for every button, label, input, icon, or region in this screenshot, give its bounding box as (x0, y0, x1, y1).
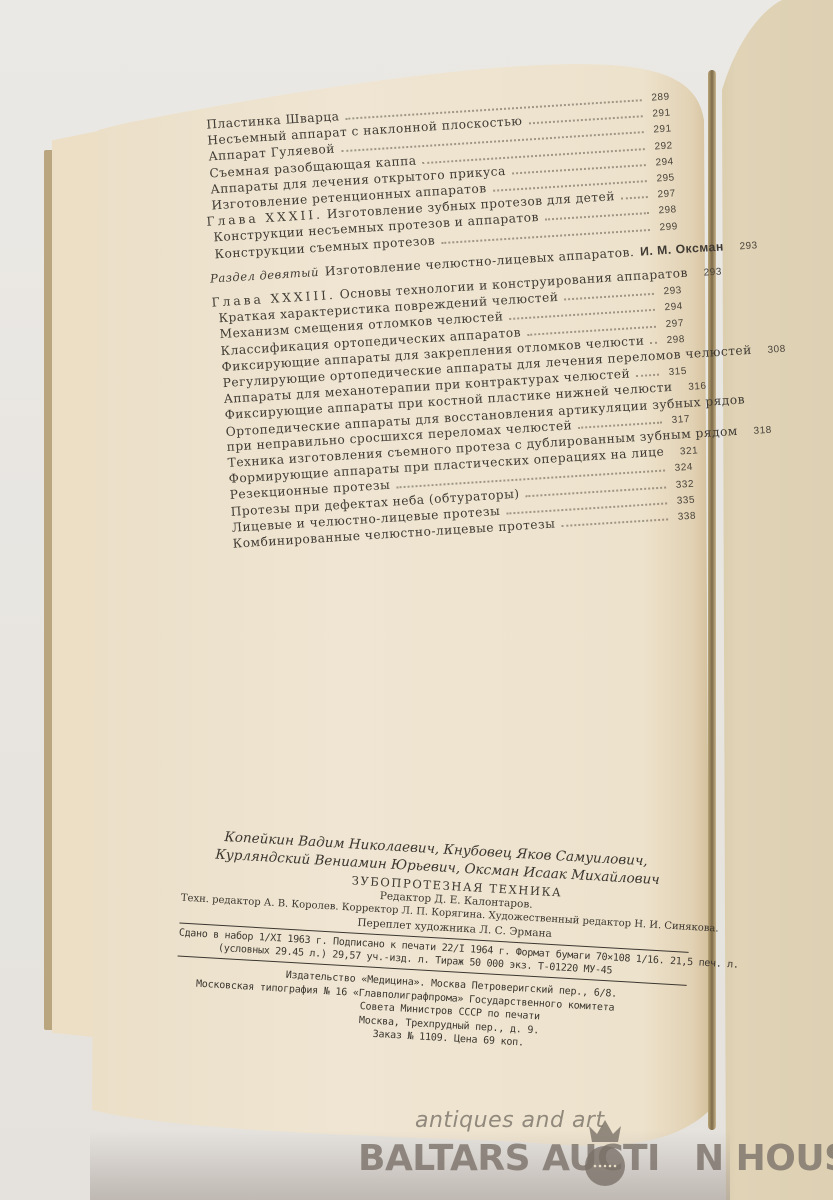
right-page (712, 0, 833, 1200)
toc-entry-page: 293 (735, 238, 758, 255)
dot-leader (564, 293, 654, 301)
toc-entry-page: 292 (650, 138, 673, 155)
toc-entry-page: 291 (649, 122, 672, 139)
dot-leader (621, 196, 648, 200)
toc-entry-page: 289 (647, 89, 670, 106)
toc-entry-page: 299 (655, 219, 678, 236)
toc-entry-page: 324 (671, 460, 694, 477)
toc-entry-page: 338 (674, 509, 697, 526)
dot-leader (578, 421, 662, 428)
toc-entry-page: 298 (654, 203, 677, 220)
toc-entry-page: 298 (662, 332, 685, 349)
watermark-brand-right: N HOUSE (694, 1138, 833, 1179)
dot-leader (650, 342, 657, 344)
table-of-contents: Пластинка Шварца289Несъемный аппарат с н… (200, 88, 696, 553)
toc-entry-page: 335 (673, 493, 696, 510)
dot-leader (636, 374, 659, 377)
toc-entry-page: 315 (664, 364, 687, 381)
toc-entry-page: 321 (676, 444, 699, 461)
colophon: Копейкин Вадим Николаевич, Кнубовец Яков… (213, 828, 694, 1059)
toc-entry-page: 293 (659, 283, 682, 300)
watermark-tagline: antiques and art (415, 1108, 605, 1133)
toc-entry-page: 318 (749, 423, 772, 440)
book-gutter (708, 70, 716, 1130)
watermark: antiques and art BALTARS AUCTIN HOUSE (355, 1108, 785, 1188)
crown-globe-icon (585, 1118, 625, 1188)
toc-entry-page: 291 (648, 106, 671, 123)
toc-entry-page: 294 (651, 154, 674, 171)
toc-entry-page: 297 (653, 187, 676, 204)
toc-entry-page: 317 (667, 412, 690, 429)
toc-entry-page: 293 (699, 265, 722, 282)
toc-entry-page: 295 (652, 170, 675, 187)
toc-entry-page: 294 (660, 300, 683, 317)
toc-entry-page: 297 (661, 316, 684, 333)
toc-entry-page: 332 (672, 476, 695, 493)
dot-leader (561, 518, 668, 527)
toc-entry-page: 316 (684, 379, 707, 396)
toc-entry-page: 308 (763, 342, 786, 359)
